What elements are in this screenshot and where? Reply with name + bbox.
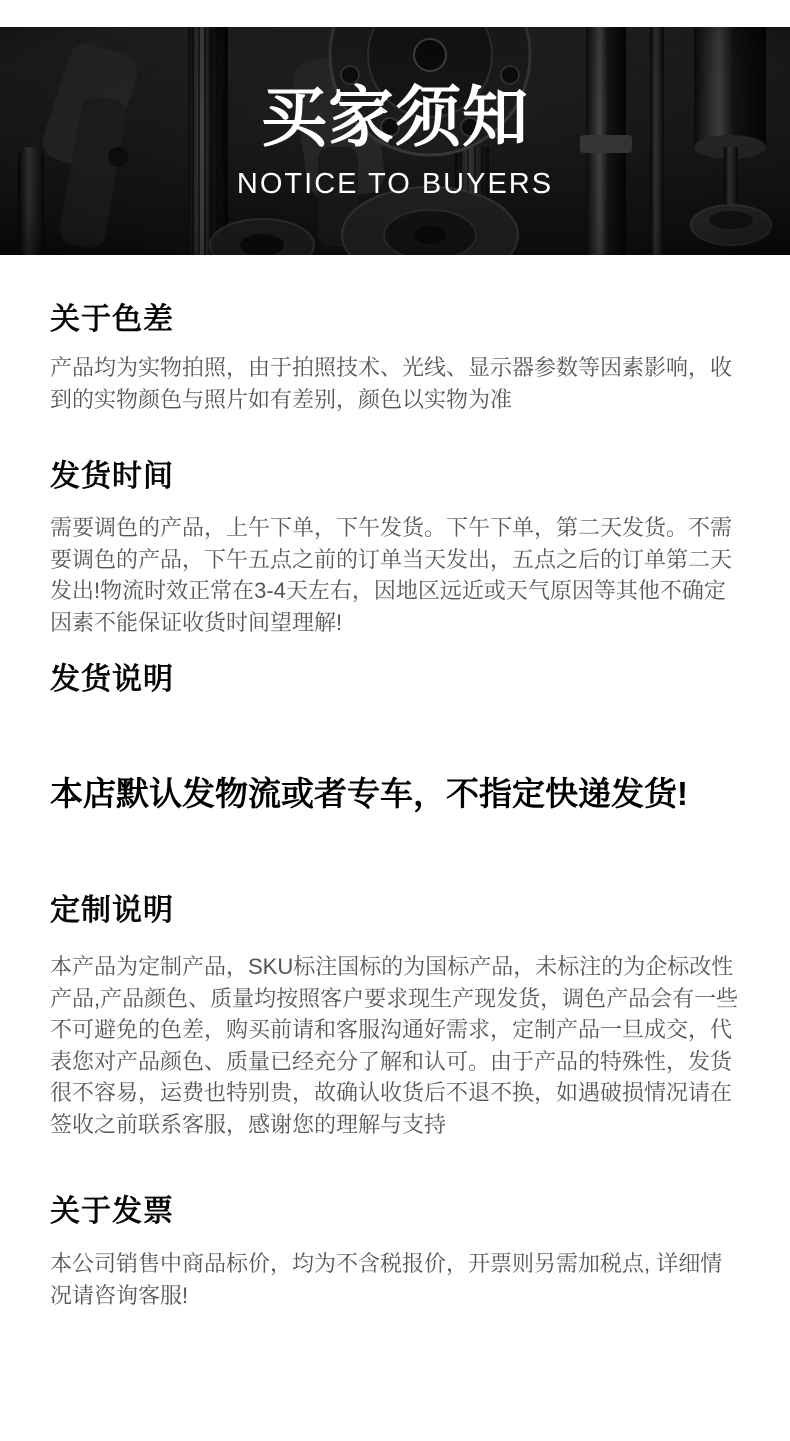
section-heading-customization-note: 定制说明 xyxy=(50,896,744,926)
section-heading-shipping-time: 发货时间 xyxy=(50,462,744,492)
section-invoice: 关于发票 本公司销售中商品标价，均为不含税报价，开票则另需加税点, 详细情况请咨… xyxy=(50,1197,744,1311)
section-shipping-note: 发货说明 本店默认发物流或者专车，不指定快递发货! xyxy=(50,665,744,817)
section-heading-invoice: 关于发票 xyxy=(50,1197,744,1227)
page-subtitle: NOTICE TO BUYERS xyxy=(237,168,553,200)
notice-content: 关于色差 产品均为实物拍照，由于拍照技术、光线、显示器参数等因素影响，收到的实物… xyxy=(0,305,790,1407)
hero-text-block: 买家须知 NOTICE TO BUYERS xyxy=(0,27,790,255)
section-body-invoice: 本公司销售中商品标价，均为不含税报价，开票则另需加税点, 详细情况请咨询客服! xyxy=(50,1248,744,1311)
buyer-notice-page: 买家须知 NOTICE TO BUYERS 关于色差 产品均为实物拍照，由于拍照… xyxy=(0,0,790,1441)
section-shipping-time: 发货时间 需要调色的产品，上午下单，下午发货。下午下单，第二天发货。不需要调色的… xyxy=(50,462,744,638)
section-heading-color-difference: 关于色差 xyxy=(50,305,744,335)
top-white-strip xyxy=(0,0,790,27)
shipping-statement: 本店默认发物流或者专车，不指定快递发货! xyxy=(50,771,744,817)
section-body-customization-note: 本产品为定制产品，SKU标注国标的为国标产品，未标注的为企标改性产品,产品颜色、… xyxy=(50,951,744,1140)
section-color-difference: 关于色差 产品均为实物拍照，由于拍照技术、光线、显示器参数等因素影响，收到的实物… xyxy=(50,305,744,415)
section-body-color-difference: 产品均为实物拍照，由于拍照技术、光线、显示器参数等因素影响，收到的实物颜色与照片… xyxy=(50,352,744,415)
section-body-shipping-time: 需要调色的产品，上午下单，下午发货。下午下单，第二天发货。不需要调色的产品，下午… xyxy=(50,512,744,638)
section-heading-shipping-note: 发货说明 xyxy=(50,665,744,695)
hero-banner: 买家须知 NOTICE TO BUYERS xyxy=(0,27,790,255)
page-title: 买家须知 xyxy=(261,82,529,152)
section-customization-note: 定制说明 本产品为定制产品，SKU标注国标的为国标产品，未标注的为企标改性产品,… xyxy=(50,896,744,1140)
